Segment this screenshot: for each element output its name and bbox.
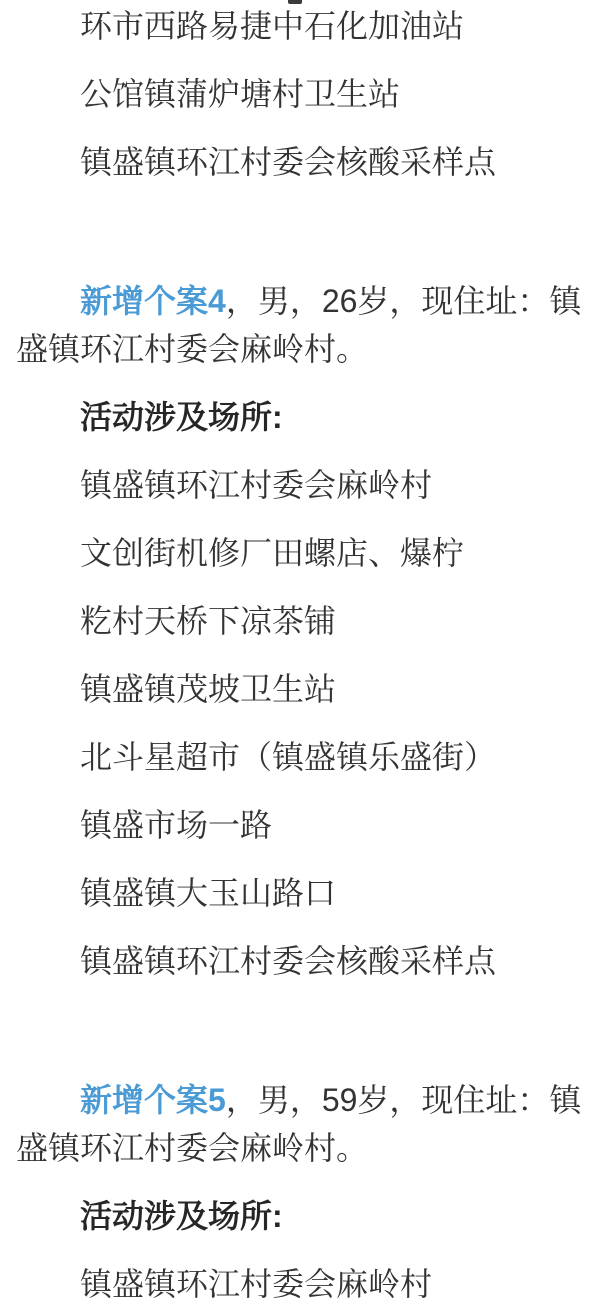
case-label: 新增个案5 <box>80 1082 226 1118</box>
case-label: 新增个案4 <box>80 283 226 319</box>
venue-line: 文创街机修厂田螺店、爆柠 <box>16 529 584 577</box>
section-gap <box>16 1005 584 1076</box>
case-intro: 新增个案5，男，59岁，现住址：镇盛镇环江村委会麻岭村。 <box>16 1076 584 1172</box>
venue-line: 镇盛镇大玉山路口 <box>16 869 584 917</box>
venue-line: 镇盛镇环江村委会麻岭村 <box>16 1260 584 1308</box>
section-gap <box>16 206 584 277</box>
venue-line: 镇盛市场一路 <box>16 801 584 849</box>
venue-line: 北斗星超市（镇盛镇乐盛街） <box>16 733 584 781</box>
venue-line: 籺村天桥下凉茶铺 <box>16 597 584 645</box>
clipped-previous-line-fragment <box>288 0 302 4</box>
venue-line: 镇盛镇环江村委会核酸采样点 <box>16 937 584 985</box>
venue-line: 公馆镇蒲炉塘村卫生站 <box>16 70 584 118</box>
venue-line: 镇盛镇茂坡卫生站 <box>16 665 584 713</box>
section-heading: 活动涉及场所: <box>16 393 584 441</box>
case-intro: 新增个案4，男，26岁，现住址：镇盛镇环江村委会麻岭村。 <box>16 277 584 373</box>
venue-line: 镇盛镇环江村委会核酸采样点 <box>16 138 584 186</box>
venue-line: 环市西路易捷中石化加油站 <box>16 2 584 50</box>
section-heading: 活动涉及场所: <box>16 1192 584 1240</box>
article-body: 环市西路易捷中石化加油站 公馆镇蒲炉塘村卫生站 镇盛镇环江村委会核酸采样点 新增… <box>0 0 600 1309</box>
venue-line: 镇盛镇环江村委会麻岭村 <box>16 461 584 509</box>
